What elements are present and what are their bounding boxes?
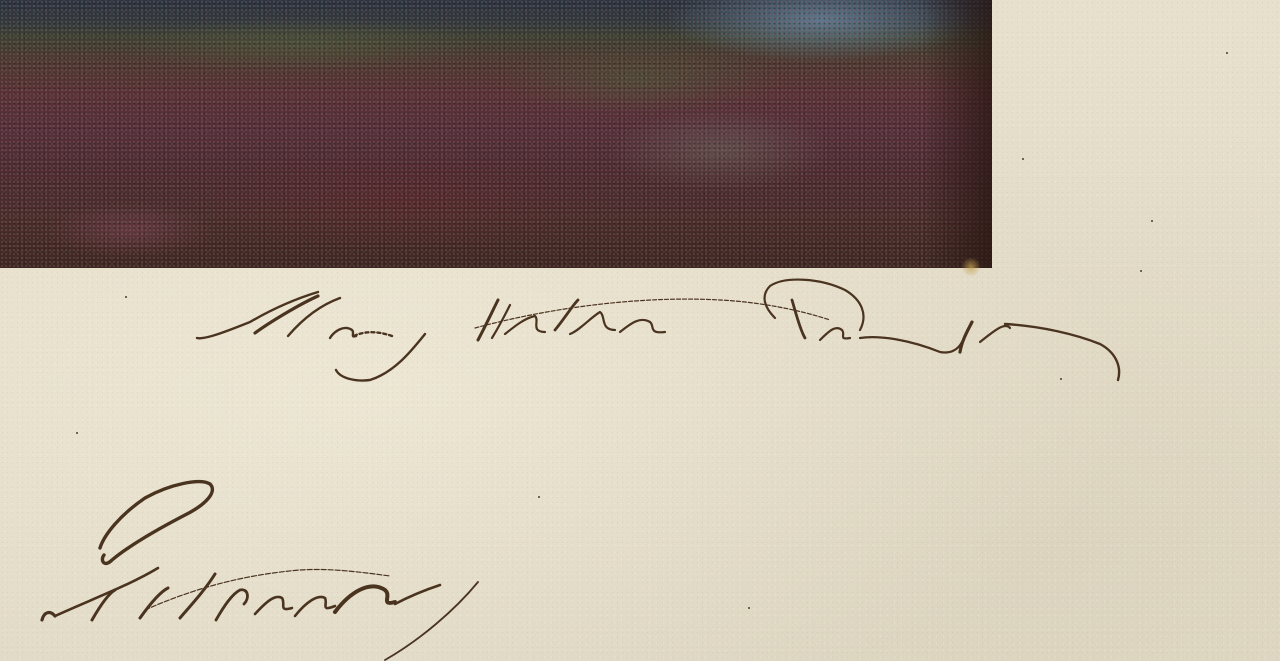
paper-speck bbox=[1060, 378, 1062, 380]
painting-edge-shadow bbox=[922, 0, 992, 268]
paper-speck bbox=[1151, 220, 1153, 222]
paper-speck bbox=[125, 296, 127, 298]
paper-speck bbox=[748, 607, 750, 609]
paper-sheet: Mary Webster Pinxt Sutenay bbox=[0, 0, 1280, 661]
lower-inscription-text: Sutenay bbox=[40, 580, 156, 613]
paper-speck bbox=[76, 432, 78, 434]
artist-inscription-text: Mary Webster Pinxt bbox=[195, 300, 477, 333]
paper-speck bbox=[538, 496, 540, 498]
paper-speck bbox=[1226, 52, 1228, 54]
painting-texture bbox=[0, 0, 992, 268]
paper-speck bbox=[1140, 270, 1142, 272]
paper-speck bbox=[1022, 158, 1024, 160]
foxing-stain bbox=[960, 258, 982, 276]
watercolor-painting bbox=[0, 0, 992, 268]
handwriting-lower bbox=[42, 482, 478, 660]
handwriting-webster bbox=[475, 299, 830, 340]
handwriting-pinxt bbox=[765, 280, 1120, 380]
